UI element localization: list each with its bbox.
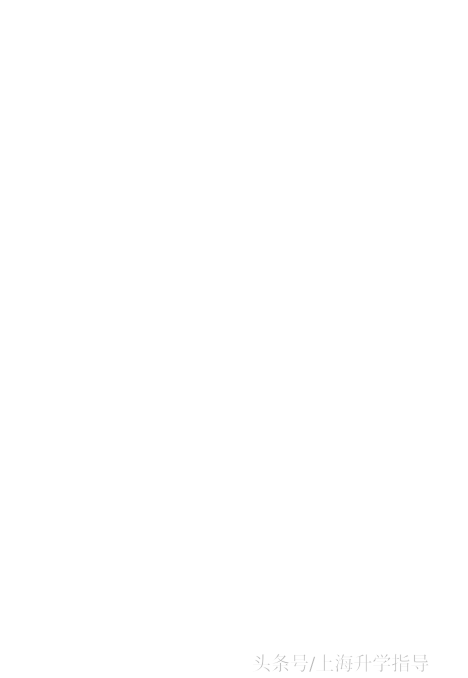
watermark: 头条号/上海升学指导: [252, 649, 429, 676]
